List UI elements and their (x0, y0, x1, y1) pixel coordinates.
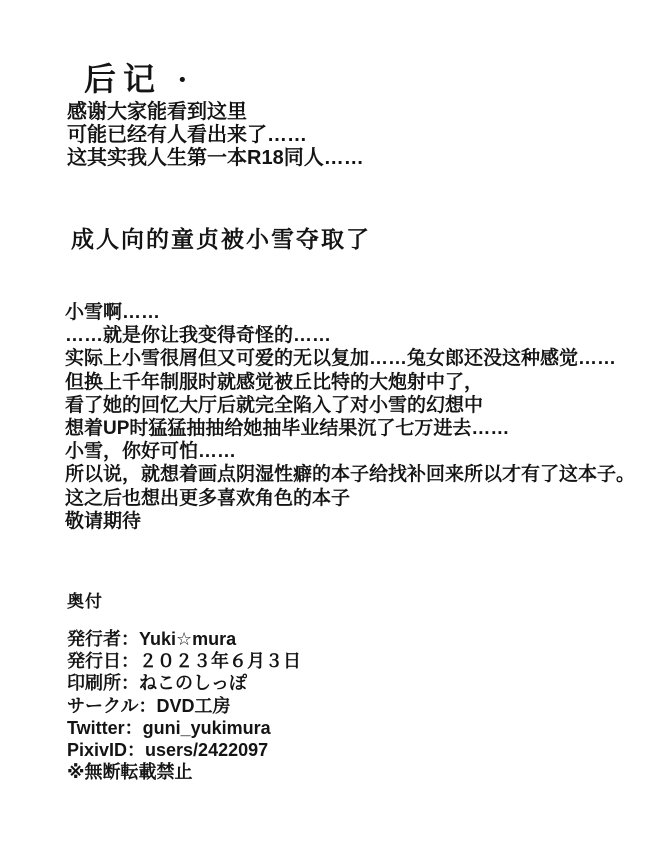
colophon: 発行者：Yuki☆mura 発行日：２０２３年６月３日 印刷所：ねこのしっぽ サ… (67, 628, 301, 783)
body-line: 实际上小雪很屑但又可爱的无以复加……兔女郎还没这种感觉…… (65, 347, 635, 370)
body-line: 这之后也想出更多喜欢角色的本子 (65, 487, 635, 510)
body-line: ……就是你让我变得奇怪的…… (65, 324, 635, 347)
colophon-circle: サークル：DVD工房 (67, 695, 301, 717)
afterword-page: 后记 · 感谢大家能看到这里 可能已经有人看出来了…… 这其实我人生第一本R18… (0, 0, 650, 850)
colophon-publish-date: 発行日：２０２３年６月３日 (67, 650, 301, 672)
body-line: 敬请期待 (65, 510, 635, 533)
colophon-publisher: 発行者：Yuki☆mura (67, 628, 301, 650)
body-line: 所以说，就想着画点阴湿性癖的本子给找补回来所以才有了这本子。 (65, 463, 635, 486)
intro-paragraph: 感谢大家能看到这里 可能已经有人看出来了…… 这其实我人生第一本R18同人…… (67, 101, 364, 170)
subtitle: 成人向的童贞被小雪夺取了 (71, 221, 371, 254)
body-line: 小雪啊…… (65, 301, 635, 324)
colophon-twitter: Twitter：guni_yukimura (67, 717, 301, 739)
intro-line: 这其实我人生第一本R18同人…… (67, 147, 364, 170)
body-line: 小雪，你好可怕…… (65, 440, 635, 463)
colophon-no-reprint-notice: ※無断転載禁止 (67, 761, 301, 783)
colophon-pixiv-id: PixivID：users/2422097 (67, 739, 301, 761)
body-paragraph: 小雪啊…… ……就是你让我变得奇怪的…… 实际上小雪很屑但又可爱的无以复加……兔… (65, 301, 635, 533)
colophon-printer: 印刷所：ねこのしっぽ (67, 672, 301, 694)
page-title: 后记 · (84, 54, 195, 100)
body-line: 想着UP时猛猛抽抽给她抽毕业结果沉了七万进去…… (65, 417, 635, 440)
body-line: 看了她的回忆大厅后就完全陷入了对小雪的幻想中 (65, 394, 635, 417)
intro-line: 可能已经有人看出来了…… (67, 124, 364, 147)
colophon-heading: 奥付 (67, 587, 103, 612)
body-line: 但换上千年制服时就感觉被丘比特的大炮射中了， (65, 371, 635, 394)
intro-line: 感谢大家能看到这里 (67, 101, 364, 124)
